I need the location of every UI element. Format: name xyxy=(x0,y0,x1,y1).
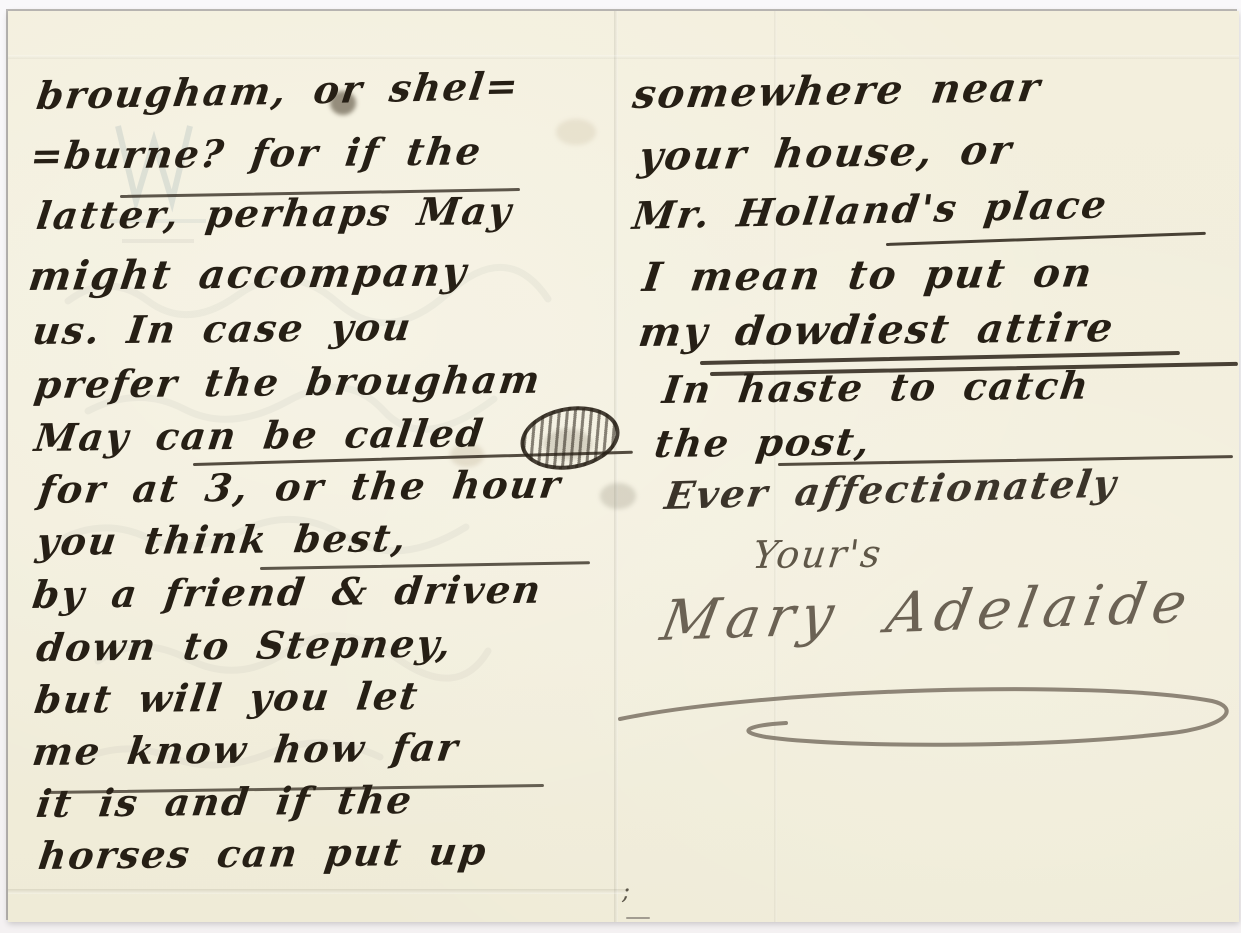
signature: Mary Adelaide xyxy=(656,571,1199,654)
handwriting-line: your house, or xyxy=(636,127,1016,180)
stray-mark-underline xyxy=(626,917,650,919)
ink-smudge xyxy=(600,483,636,509)
handwriting-line: Mr. Holland's place xyxy=(630,181,1111,238)
handwriting-line: May can be called xyxy=(32,410,487,460)
handwriting-line: by a friend & driven xyxy=(30,567,545,617)
handwriting-line: Ever affectionately xyxy=(662,460,1121,518)
ink-smudge xyxy=(556,119,596,145)
letter-scan: brougham, or shel= =burne? for if the la… xyxy=(0,0,1241,933)
fold-crease-top xyxy=(8,55,1239,59)
handwriting-line: somewhere near xyxy=(630,64,1045,118)
fold-crease-bottom xyxy=(8,889,628,894)
handwriting-line: horses can put up xyxy=(36,828,490,878)
handwriting-line: down to Stepney, xyxy=(34,621,455,670)
handwriting-line: latter, perhaps May xyxy=(34,188,516,238)
handwriting-line: might accompany xyxy=(26,248,471,300)
handwriting-line: it is and if the xyxy=(34,777,416,826)
handwriting-line: for at 3, or the hour xyxy=(36,462,565,512)
handwriting-line: I mean to put on xyxy=(640,249,1096,301)
fold-crease-center xyxy=(614,11,618,922)
handwriting-line: you think best, xyxy=(34,515,410,564)
handwriting-line: but will you let xyxy=(32,673,422,722)
handwriting-line: us. In case you xyxy=(30,304,415,353)
handwriting-line: =burne? for if the xyxy=(28,128,485,178)
stray-pen-marks: ; xyxy=(622,877,630,905)
handwriting-line: me know how far xyxy=(30,725,462,774)
handwriting-line: brougham, or shel= xyxy=(34,63,523,118)
handwriting-line: the post, xyxy=(652,419,874,466)
letter-paper: brougham, or shel= =burne? for if the la… xyxy=(8,11,1239,922)
handwriting-line: my dowdiest attire xyxy=(636,304,1117,356)
handwriting-line: prefer the brougham xyxy=(32,357,544,407)
signature-flourish xyxy=(614,679,1241,774)
handwriting-line: Your's xyxy=(750,532,885,577)
pen-flourish xyxy=(886,232,1206,246)
